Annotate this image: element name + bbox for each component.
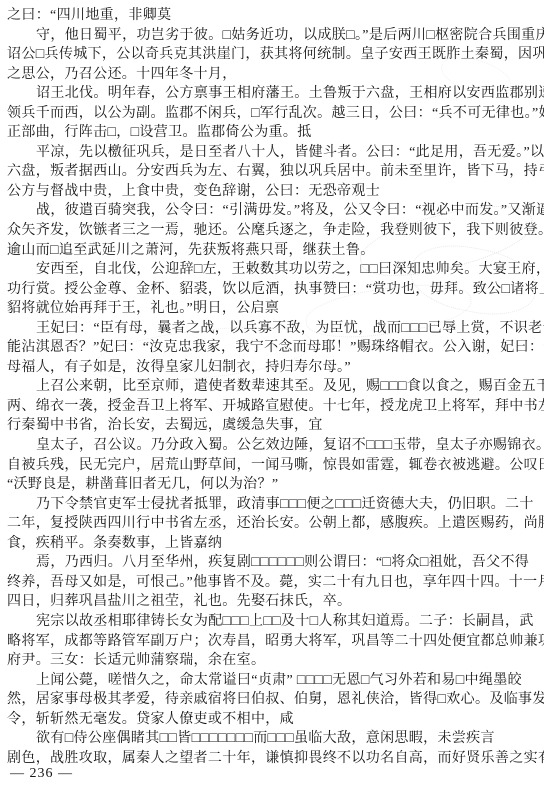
page-number: — 236 — xyxy=(10,766,73,782)
text-line: 上召公来朝，比至京师，遣使者数辈速其至。及见，赐□□□食以食之，赐百金五千 xyxy=(7,377,544,397)
text-line: 欲有□侍公座偶睹其□□皆□□□□□□□而□□□虽临大敌，意闲思暇，未尝疾言 xyxy=(7,729,544,749)
text-line: 平凉，先以檄征巩兵，是日至者八十人，皆健斗者。公曰：“此足用，吾无爱。”以至 xyxy=(7,143,544,163)
text-line: 终养，吾母又如是，可恨己。”他事皆不及。薨，实二十有九日也，享年四十四。十一月初 xyxy=(7,573,544,593)
text-line: 四日，归葬巩昌盐川之祖茔，礼也。先娶石抹氏，卒。 xyxy=(7,592,544,612)
text-line: 剧色，战胜攻取，属秦人之望者二十年，谦慎抑畏终不以功名自高，而好贤乐善之实有不 xyxy=(7,749,544,769)
text-line: 能沾淇恩否？”妃曰：“汝克忠我家，我宁不念而母耶！”赐珠络帽衣。公入谢，妃曰：“… xyxy=(7,338,544,358)
text-line: 六盘，叛者据西山。分安西兵为左、右翼，独以巩兵居中。前未至里许，皆下马，持弓矢。 xyxy=(7,162,544,182)
text-line: 之曰：“四川地重，非卿莫 xyxy=(7,6,544,26)
text-line: 二年，复授陕西四川行中书省左丞，还治长安。公朝上都，感腹疾。上遣医赐药，尚膳赐 xyxy=(7,514,544,534)
text-line: 母福人，有子如是，汝得皇家儿妇制衣，持归寿尔母。” xyxy=(7,358,544,378)
text-line: 战，彼遣百骑突我，公令曰：“引满毋发。”将及，公又令曰：“视必中而发。”又渐逼， xyxy=(7,201,544,221)
text-line: 众矢齐发，饮镞者三之一焉，驰还。公麾兵逐之，争走险，我登则彼下，我下则彼登。三 xyxy=(7,221,544,241)
text-line: 守，他日蜀平，功岂劣于彼。□姑务近功，以成朕□。”是后两川□枢密院合兵围重庆。 xyxy=(7,26,544,46)
text-line: 诏公□兵传城下，公以奇兵克其洪崖门，获其将何统制。皇子安西王既胙土秦蜀，因巩人 xyxy=(7,45,544,65)
text-line: 皇太子，召公议。乃分政入蜀。公乞效边陲，复诏不□□□玉带，皇太子亦赐锦衣。蜀 xyxy=(7,436,544,456)
text-line: 王妃曰：“臣有母，曩者之战，以兵寡不敌，为臣忧，战而□□□已辱上赏，不识老母 xyxy=(7,319,544,339)
text-line: 然，居家事母极其孝爱，待亲戚宿将曰伯叔、伯舅，恩礼侠洽，皆得□欢心。及临事发号 xyxy=(7,690,544,710)
text-line: 功行赏。授公金尊、金杯、貂裘，饮以卮酒，执事赞曰：“赏功也，毋拜。致公□诸将上衣 xyxy=(7,280,544,300)
text-line: 宪宗以故丞相耶律铸长女为配□□□上□□及十□人称其妇道焉。二子：长嗣昌，武 xyxy=(7,612,544,632)
text-line: 上闻公薨，嗟惜久之，命太常谥曰“贞肃” □□□□无恩□气习外若和易□中绳墨皎 xyxy=(7,671,544,691)
text-line: 食，疾稍平。条奏数事，上皆嘉纳 xyxy=(7,534,544,554)
text-line: 领兵千而西，以公为副。监郡不闲兵，□军行乱次。越三日，公曰：“兵不可无律也。”始 xyxy=(7,104,544,124)
text-line: 两、绵衣一袭，授金吾卫上将军、开城路宣慰使。十七年，授龙虎卫上将军，拜中书左丞， xyxy=(7,397,544,417)
text-line: 诏王北伐。明年春，公方禀事王相府藩王。土鲁叛于六盘，王相府以安西监郡别速带 xyxy=(7,84,544,104)
text-line: 略将军，成都等路管军副万户；次寿昌，昭勇大将军，巩昌等二十四处便宜都总帅兼巩昌 xyxy=(7,632,544,652)
body-text: 之曰：“四川地重，非卿莫守，他日蜀平，功岂劣于彼。□姑务近功，以成朕□。”是后两… xyxy=(7,6,544,768)
text-line: 公方与督战中贵，上食中贵，变色辞谢，公曰：无恐帝观士 xyxy=(7,182,544,202)
scanned-book-page: 之曰：“四川地重，非卿莫守，他日蜀平，功岂劣于彼。□姑务近功，以成朕□。”是后两… xyxy=(0,0,549,794)
text-line: 正部曲，行阵击□，□设营卫。监郡倚公为重。抵 xyxy=(7,123,544,143)
text-line: 之思公，乃召公还。十四年冬十月， xyxy=(7,65,544,85)
text-line: 逾山而□追至武延川之萧河，先获叛将燕只哥，继获土鲁。 xyxy=(7,241,544,261)
text-line: 焉，乃西归。八月至华州，疾复剧□□□□□□则公谓曰：“□将众□祖妣，吾父不得 xyxy=(7,553,544,573)
text-line: 安西至，自北伐，公迎辞□左，王敕数其功以劳之，□□曰深知忠帅矣。大宴王府，论 xyxy=(7,260,544,280)
text-line: 自被兵残，民无完户，居荒山野草间，一闻马嘶，惊畏如雷霆，辄卷衣被逃避。公叹曰： xyxy=(7,456,544,476)
text-line: 令，斩斩然无毫发。贷家人僚吏或不相中，咸 xyxy=(7,710,544,730)
text-line: “沃野良是，耕凿葺旧者无几，何以为治？” xyxy=(7,475,544,495)
text-line: 府尹。三女：长适元帅蒲察瑞，余在室。 xyxy=(7,651,544,671)
text-line: 貂将就位始再拜于王，礼也。”明日，公启禀 xyxy=(7,299,544,319)
text-line: 行秦蜀中书省，治长安，去蜀远，虞缓急失事，宜 xyxy=(7,416,544,436)
text-line: 乃下令禁官吏军士侵扰者抵罪，政清事□□□便之□□□迁资德大夫，仍旧职。二十 xyxy=(7,495,544,515)
